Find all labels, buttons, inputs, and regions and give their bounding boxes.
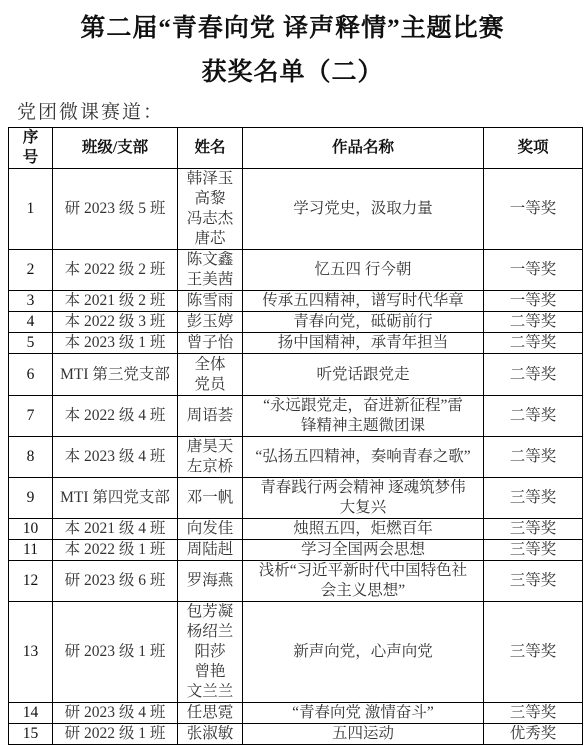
table-row: 6MTI 第三党支部全体党员听党话跟党走二等奖 — [9, 354, 583, 396]
member-name: 冯志杰 — [180, 209, 240, 229]
awards-table: 序 号 班级/支部 姓名 作品名称 奖项 1研 2023 级 5 班韩泽玉高黎冯… — [8, 127, 583, 745]
member-name: 邓一帆 — [180, 488, 240, 508]
work-title-line: 锋精神主题微团课 — [245, 416, 481, 436]
cell-class: 研 2023 级 1 班 — [53, 602, 178, 703]
work-title-line: 会主义思想” — [245, 581, 481, 601]
member-name: 罗海燕 — [180, 571, 240, 591]
cell-index: 9 — [9, 478, 53, 519]
header-work: 作品名称 — [243, 128, 484, 169]
document-title: 第二届“青春向党 译声释情”主题比赛 — [0, 8, 585, 44]
work-title-line: 青春践行两会精神 逐魂筑梦伟 — [245, 478, 481, 498]
member-name: 杨绍兰 — [180, 622, 240, 642]
work-title-line: 扬中国精神，承青年担当 — [245, 333, 481, 353]
header-award: 奖项 — [484, 128, 583, 169]
cell-work: “弘扬五四精神，奏响青春之歌” — [243, 437, 484, 478]
cell-work: 听党话跟党走 — [243, 354, 484, 396]
table-row: 13研 2023 级 1 班包芳凝杨绍兰阳莎曾艳文兰兰新声向党，心声向党三等奖 — [9, 602, 583, 703]
cell-names: 包芳凝杨绍兰阳莎曾艳文兰兰 — [178, 602, 243, 703]
cell-index: 11 — [9, 540, 53, 561]
cell-class: 研 2023 级 5 班 — [53, 169, 178, 250]
member-name: 曾艳 — [180, 662, 240, 682]
table-row: 14研 2023 级 4 班任思霓“青春向党 激情奋斗”三等奖 — [9, 703, 583, 724]
member-name: 文兰兰 — [180, 682, 240, 702]
cell-work: 学习党史，汲取力量 — [243, 169, 484, 250]
member-name: 包芳凝 — [180, 602, 240, 622]
cell-award: 二等奖 — [484, 312, 583, 333]
cell-names: 陈雪雨 — [178, 291, 243, 312]
work-title-line: “永远跟党走，奋进新征程”雷 — [245, 396, 481, 416]
cell-class: MTI 第四党支部 — [53, 478, 178, 519]
header-name: 姓名 — [178, 128, 243, 169]
cell-award: 三等奖 — [484, 519, 583, 540]
cell-class: 本 2022 级 3 班 — [53, 312, 178, 333]
cell-class: 本 2022 级 4 班 — [53, 396, 178, 437]
table-row: 10本 2021 级 4 班向发佳烛照五四，炬燃百年三等奖 — [9, 519, 583, 540]
cell-work: 烛照五四，炬燃百年 — [243, 519, 484, 540]
cell-names: 任思霓 — [178, 703, 243, 724]
cell-work: 五四运动 — [243, 724, 484, 745]
cell-award: 三等奖 — [484, 540, 583, 561]
table-row: 1研 2023 级 5 班韩泽玉高黎冯志杰唐芯学习党史，汲取力量一等奖 — [9, 169, 583, 250]
cell-award: 优秀奖 — [484, 724, 583, 745]
cell-work: “永远跟党走，奋进新征程”雷锋精神主题微团课 — [243, 396, 484, 437]
cell-class: 本 2022 级 2 班 — [53, 250, 178, 291]
member-name: 彭玉婷 — [180, 312, 240, 332]
cell-work: 忆五四 行今朝 — [243, 250, 484, 291]
header-class: 班级/支部 — [53, 128, 178, 169]
member-name: 曾子怡 — [180, 333, 240, 353]
table-header-row: 序 号 班级/支部 姓名 作品名称 奖项 — [9, 128, 583, 169]
work-title-line: “弘扬五四精神，奏响青春之歌” — [245, 447, 481, 467]
cell-index: 6 — [9, 354, 53, 396]
table-row: 2本 2022 级 2 班陈文鑫王美茜忆五四 行今朝一等奖 — [9, 250, 583, 291]
member-name: 张淑敏 — [180, 724, 240, 744]
cell-index: 2 — [9, 250, 53, 291]
member-name: 高黎 — [180, 189, 240, 209]
header-index: 序 号 — [9, 128, 53, 169]
table-row: 5本 2023 级 1 班曾子怡扬中国精神，承青年担当二等奖 — [9, 333, 583, 354]
section-label: 党团微课赛道： — [17, 97, 164, 124]
table-row: 8本 2023 级 4 班唐昊天左京桥“弘扬五四精神，奏响青春之歌”二等奖 — [9, 437, 583, 478]
table-row: 9MTI 第四党支部邓一帆青春践行两会精神 逐魂筑梦伟大复兴三等奖 — [9, 478, 583, 519]
cell-index: 10 — [9, 519, 53, 540]
member-name: 韩泽玉 — [180, 169, 240, 189]
table-body: 1研 2023 级 5 班韩泽玉高黎冯志杰唐芯学习党史，汲取力量一等奖2本 20… — [9, 169, 583, 745]
cell-index: 5 — [9, 333, 53, 354]
cell-award: 一等奖 — [484, 250, 583, 291]
cell-class: 研 2022 级 1 班 — [53, 724, 178, 745]
cell-work: 浅析“习近平新时代中国特色社会主义思想” — [243, 561, 484, 602]
member-name: 陈雪雨 — [180, 291, 240, 311]
cell-index: 4 — [9, 312, 53, 333]
cell-names: 罗海燕 — [178, 561, 243, 602]
table-row: 15研 2022 级 1 班张淑敏五四运动优秀奖 — [9, 724, 583, 745]
table-row: 4本 2022 级 3 班彭玉婷青春向党，砥砺前行二等奖 — [9, 312, 583, 333]
cell-index: 12 — [9, 561, 53, 602]
cell-work: 传承五四精神，谱写时代华章 — [243, 291, 484, 312]
cell-award: 三等奖 — [484, 602, 583, 703]
cell-award: 二等奖 — [484, 396, 583, 437]
member-name: 王美茜 — [180, 270, 240, 290]
work-title-line: 新声向党，心声向党 — [245, 642, 481, 662]
cell-names: 陈文鑫王美茜 — [178, 250, 243, 291]
cell-class: 本 2023 级 4 班 — [53, 437, 178, 478]
member-name: 向发佳 — [180, 519, 240, 539]
member-name: 左京桥 — [180, 457, 240, 477]
member-name: 周陆赳 — [180, 540, 240, 560]
cell-work: 学习全国两会思想 — [243, 540, 484, 561]
cell-award: 二等奖 — [484, 354, 583, 396]
cell-work: 青春向党，砥砺前行 — [243, 312, 484, 333]
cell-names: 全体党员 — [178, 354, 243, 396]
member-name: 唐芯 — [180, 229, 240, 249]
cell-class: 研 2023 级 4 班 — [53, 703, 178, 724]
cell-work: 新声向党，心声向党 — [243, 602, 484, 703]
cell-index: 15 — [9, 724, 53, 745]
cell-class: 本 2023 级 1 班 — [53, 333, 178, 354]
cell-award: 三等奖 — [484, 561, 583, 602]
work-title-line: 浅析“习近平新时代中国特色社 — [245, 561, 481, 581]
cell-index: 1 — [9, 169, 53, 250]
member-name: 唐昊天 — [180, 437, 240, 457]
cell-names: 周陆赳 — [178, 540, 243, 561]
work-title-line: 学习党史，汲取力量 — [245, 199, 481, 219]
cell-award: 二等奖 — [484, 437, 583, 478]
cell-index: 13 — [9, 602, 53, 703]
document-subtitle: 获奖名单（二） — [0, 52, 585, 88]
cell-award: 二等奖 — [484, 333, 583, 354]
table-row: 11本 2022 级 1 班周陆赳学习全国两会思想三等奖 — [9, 540, 583, 561]
cell-award: 一等奖 — [484, 169, 583, 250]
cell-class: MTI 第三党支部 — [53, 354, 178, 396]
member-name: 党员 — [180, 375, 240, 395]
cell-names: 唐昊天左京桥 — [178, 437, 243, 478]
cell-names: 邓一帆 — [178, 478, 243, 519]
work-title-line: 五四运动 — [245, 724, 481, 744]
cell-work: 青春践行两会精神 逐魂筑梦伟大复兴 — [243, 478, 484, 519]
cell-index: 3 — [9, 291, 53, 312]
cell-index: 7 — [9, 396, 53, 437]
member-name: 任思霓 — [180, 703, 240, 723]
work-title-line: 烛照五四，炬燃百年 — [245, 519, 481, 539]
cell-award: 三等奖 — [484, 703, 583, 724]
cell-award: 一等奖 — [484, 291, 583, 312]
work-title-line: 忆五四 行今朝 — [245, 260, 481, 280]
cell-names: 彭玉婷 — [178, 312, 243, 333]
member-name: 陈文鑫 — [180, 250, 240, 270]
work-title-line: 听党话跟党走 — [245, 365, 481, 385]
work-title-line: 青春向党，砥砺前行 — [245, 312, 481, 332]
member-name: 全体 — [180, 355, 240, 375]
cell-work: 扬中国精神，承青年担当 — [243, 333, 484, 354]
work-title-line: 传承五四精神，谱写时代华章 — [245, 291, 481, 311]
cell-names: 曾子怡 — [178, 333, 243, 354]
cell-names: 韩泽玉高黎冯志杰唐芯 — [178, 169, 243, 250]
table-row: 7本 2022 级 4 班周语荟“永远跟党走，奋进新征程”雷锋精神主题微团课二等… — [9, 396, 583, 437]
cell-class: 本 2022 级 1 班 — [53, 540, 178, 561]
work-title-line: 大复兴 — [245, 498, 481, 518]
cell-names: 向发佳 — [178, 519, 243, 540]
cell-names: 张淑敏 — [178, 724, 243, 745]
work-title-line: 学习全国两会思想 — [245, 540, 481, 560]
cell-index: 14 — [9, 703, 53, 724]
cell-work: “青春向党 激情奋斗” — [243, 703, 484, 724]
cell-names: 周语荟 — [178, 396, 243, 437]
cell-class: 本 2021 级 2 班 — [53, 291, 178, 312]
cell-index: 8 — [9, 437, 53, 478]
member-name: 阳莎 — [180, 642, 240, 662]
cell-award: 三等奖 — [484, 478, 583, 519]
work-title-line: “青春向党 激情奋斗” — [245, 703, 481, 723]
table-row: 3本 2021 级 2 班陈雪雨传承五四精神，谱写时代华章一等奖 — [9, 291, 583, 312]
member-name: 周语荟 — [180, 406, 240, 426]
table-row: 12研 2023 级 6 班罗海燕浅析“习近平新时代中国特色社会主义思想”三等奖 — [9, 561, 583, 602]
cell-class: 本 2021 级 4 班 — [53, 519, 178, 540]
cell-class: 研 2023 级 6 班 — [53, 561, 178, 602]
